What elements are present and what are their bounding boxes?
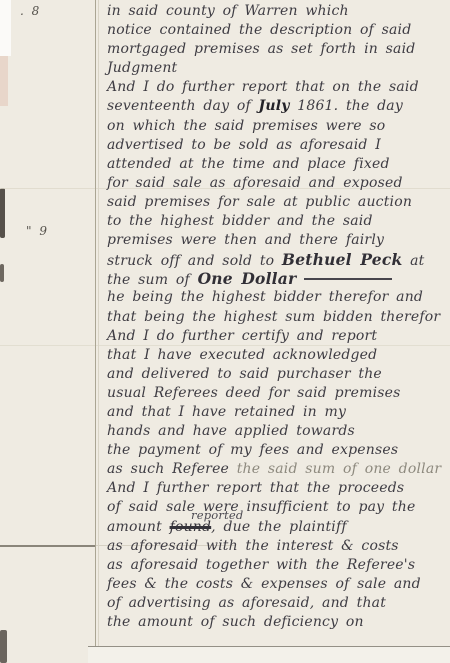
handwritten-line: that being the highest sum bidden theref… xyxy=(107,308,448,327)
text-segment: And I do further certify and report xyxy=(107,328,377,344)
handwritten-line: he being the highest bidder therefor and xyxy=(107,288,448,307)
scan-edge-dark-streak xyxy=(0,188,5,238)
text-segment: One Dollar xyxy=(198,269,297,288)
margin-note: . 8 xyxy=(20,4,41,18)
margin-rule-line-shadow xyxy=(98,0,99,646)
handwritten-line: as aforesaid with the interest & costs xyxy=(107,537,448,556)
text-segment: at xyxy=(402,253,424,269)
text-segment: as such Referee xyxy=(107,461,237,477)
text-segment: on which the said premises were so xyxy=(107,118,385,134)
handwritten-line: on which the said premises were so xyxy=(107,117,448,136)
text-segment: that I have executed acknowledged xyxy=(107,347,377,363)
text-segment: to the highest bidder and the said xyxy=(107,213,373,229)
handwritten-line: that I have executed acknowledged xyxy=(107,346,448,365)
handwritten-line: fees & the costs & expenses of sale and xyxy=(107,575,448,594)
text-segment: And I do further report that on the said xyxy=(107,79,419,95)
text-segment: struck off and sold to xyxy=(107,253,282,269)
text-segment: seventeenth day of xyxy=(107,98,259,114)
text-segment: attended at the time and place fixed xyxy=(107,156,390,172)
handwritten-line: advertised to be sold as aforesaid I xyxy=(107,136,448,155)
handwritten-line: the sum of One Dollar xyxy=(107,269,448,288)
handwritten-line: of said sale were insufficient to pay th… xyxy=(107,498,448,517)
handwritten-line: attended at the time and place fixed xyxy=(107,155,448,174)
next-page-sliver xyxy=(88,647,450,663)
text-segment: the said sum of one dollar xyxy=(237,461,442,477)
text-segment: and delivered to said purchaser the xyxy=(107,366,382,382)
handwritten-line: mortgaged premises as set forth in said xyxy=(107,40,448,59)
text-segment: July xyxy=(259,98,290,114)
scan-edge-white xyxy=(0,0,11,56)
text-segment: for said sale as aforesaid and exposed xyxy=(107,175,403,191)
handwritten-line: amount foundreported, due the plaintiff xyxy=(107,518,448,537)
handwritten-line: to the highest bidder and the said xyxy=(107,212,448,231)
handwritten-line: and that I have retained in my xyxy=(107,403,448,422)
scan-edge-pink xyxy=(0,56,8,106)
handwriting-lines: in said county of Warren whichnotice con… xyxy=(107,2,448,632)
text-segment: advertised to be sold as aforesaid I xyxy=(107,137,381,153)
text-segment: usual Referees deed for said premises xyxy=(107,385,401,401)
text-segment: the payment of my fees and expenses xyxy=(107,442,398,458)
text-segment: said premises for sale at public auction xyxy=(107,194,412,210)
text-segment: as aforesaid with the interest & costs xyxy=(107,538,399,554)
text-segment: reported xyxy=(191,510,243,521)
scan-edge-dark-streak xyxy=(0,630,7,663)
text-segment: as aforesaid together with the Referee's xyxy=(107,557,415,573)
text-segment: and that I have retained in my xyxy=(107,404,346,420)
text-segment: And I further report that the proceeds xyxy=(107,480,404,496)
handwritten-line: for said sale as aforesaid and exposed xyxy=(107,174,448,193)
handwritten-line: the amount of such deficiency on xyxy=(107,613,448,632)
handwritten-line: said premises for sale at public auction xyxy=(107,193,448,212)
text-segment: 1861. the day xyxy=(290,98,403,114)
handwritten-line: And I do further certify and report xyxy=(107,327,448,346)
text-segment: fees & the costs & expenses of sale and xyxy=(107,576,421,592)
handwritten-line: usual Referees deed for said premises xyxy=(107,384,448,403)
handwritten-line: in said county of Warren which xyxy=(107,2,448,21)
text-segment: amount xyxy=(107,519,170,535)
margin-rule-line xyxy=(95,0,96,646)
text-segment: that being the highest sum bidden theref… xyxy=(107,309,440,325)
text-segment: Bethuel Peck xyxy=(282,250,403,269)
handwritten-line: and delivered to said purchaser the xyxy=(107,365,448,384)
text-segment: he being the highest bidder therefor and xyxy=(107,289,423,305)
scan-edge-dark-streak xyxy=(0,264,4,282)
text-segment: hands and have applied towards xyxy=(107,423,355,439)
handwritten-line: seventeenth day of July 1861. the day xyxy=(107,97,448,116)
handwritten-line: hands and have applied towards xyxy=(107,422,448,441)
text-segment: of advertising as aforesaid, and that xyxy=(107,595,386,611)
handwritten-line: Judgment xyxy=(107,59,448,78)
handwritten-line: premises were then and there fairly xyxy=(107,231,448,250)
handwritten-line: struck off and sold to Bethuel Peck at xyxy=(107,250,448,269)
handwritten-line: And I further report that the proceeds xyxy=(107,479,448,498)
text-segment: of said sale were insufficient to pay th… xyxy=(107,499,415,515)
manuscript-page: . 8 " 9 in said county of Warren whichno… xyxy=(0,0,450,663)
text-segment: notice contained the description of said xyxy=(107,22,411,38)
text-segment: in said county of Warren which xyxy=(107,3,349,19)
handwritten-line: as aforesaid together with the Referee's xyxy=(107,556,448,575)
handwritten-line: the payment of my fees and expenses xyxy=(107,441,448,460)
handwritten-line: notice contained the description of said xyxy=(107,21,448,40)
handwritten-line: as such Referee the said sum of one doll… xyxy=(107,460,448,479)
margin-note: " 9 xyxy=(26,224,49,238)
text-segment: mortgaged premises as set forth in said xyxy=(107,41,415,57)
paper-crease xyxy=(0,545,96,547)
handwritten-line: of advertising as aforesaid, and that xyxy=(107,594,448,613)
text-segment: Judgment xyxy=(107,60,177,76)
text-segment: premises were then and there fairly xyxy=(107,232,384,248)
text-segment: the amount of such deficiency on xyxy=(107,614,364,630)
inline-rule xyxy=(304,278,392,280)
text-segment: the sum of xyxy=(107,272,198,288)
handwritten-line: And I do further report that on the said xyxy=(107,78,448,97)
